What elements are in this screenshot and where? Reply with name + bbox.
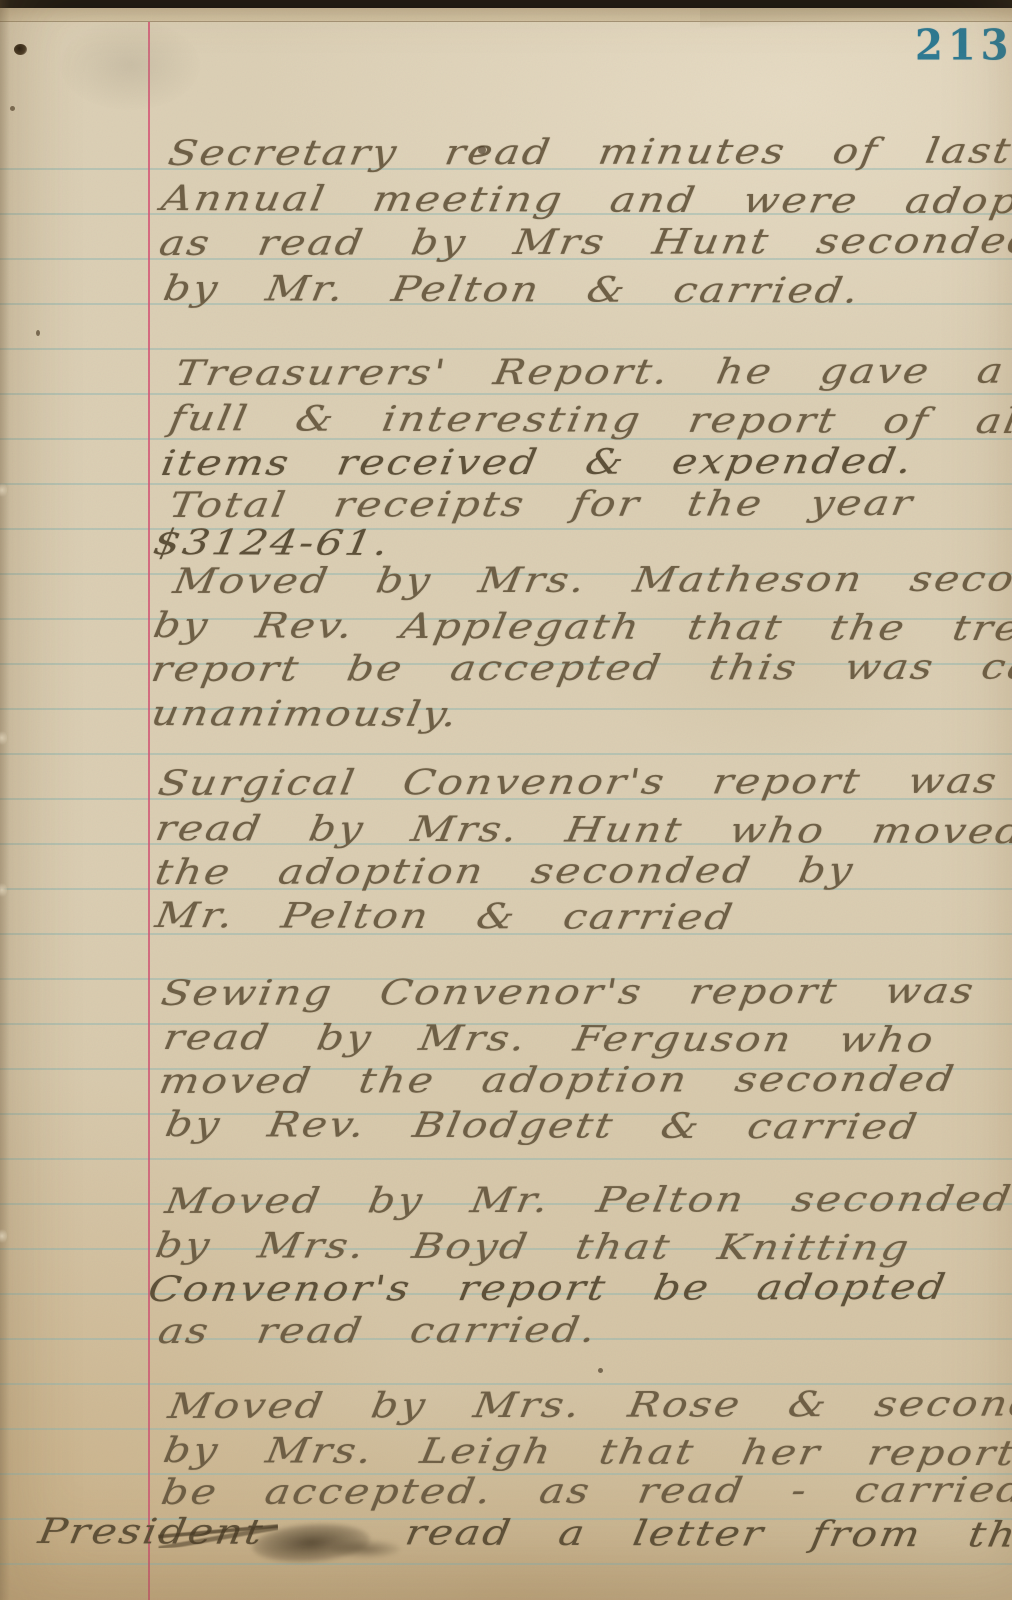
binding-edge xyxy=(0,0,1012,8)
handwritten-line: as read by Mrs Hunt seconded xyxy=(156,219,1012,266)
handwritten-line: by Rev. Blodgett & carried xyxy=(162,1103,922,1150)
handwritten-line: be accepted. as read - carried xyxy=(158,1468,1012,1515)
margin-line xyxy=(148,8,150,1600)
handwritten-line: by Mrs. Boyd that Knitting xyxy=(152,1224,914,1271)
handwritten-line: Surgical Convenor's report was xyxy=(155,760,1002,806)
handwritten-line: Convenor's report be adopted xyxy=(145,1266,951,1312)
handwritten-line: Secretary read minutes of last xyxy=(165,130,1012,176)
handwritten-line: Annual meeting and were adopted xyxy=(158,177,1012,224)
paper-stain xyxy=(60,20,200,110)
handwritten-line: by Rev. Applegath that the treasurers xyxy=(150,604,1012,652)
page-number-stamp: 213 xyxy=(915,21,1012,70)
handwritten-line: moved the adoption seconded xyxy=(156,1058,959,1104)
handwritten-line: Moved by Mrs. Matheson seconded xyxy=(170,557,1012,604)
handwritten-line: Moved by Mrs. Rose & seconded xyxy=(165,1382,1012,1429)
paper-hole xyxy=(14,44,27,55)
ink-dot xyxy=(478,146,486,154)
handwritten-line: items received & expended. xyxy=(158,440,917,486)
handwritten-line: Treasurers' Report. he gave a very xyxy=(172,349,1012,396)
handwritten-line: read by Mrs. Ferguson who xyxy=(160,1016,939,1063)
handwritten-line: unanimously. xyxy=(148,692,463,737)
handwritten-line: full & interesting report of all xyxy=(166,397,1012,444)
handwritten-line: read by Mrs. Hunt who moved xyxy=(152,807,1012,854)
handwritten-phrase: read a letter from the xyxy=(402,1513,1012,1555)
left-edge-shading xyxy=(0,0,10,1600)
handwritten-line: Moved by Mr. Pelton seconded xyxy=(162,1178,1012,1224)
handwritten-line: by Mr. Pelton & carried. xyxy=(160,267,864,314)
handwritten-line: report be accepted this was carried xyxy=(148,645,1012,692)
handwritten-line: the adoption seconded by xyxy=(152,849,858,895)
ink-dot xyxy=(598,1368,603,1373)
ink-smudge xyxy=(330,1540,400,1558)
scanned-minute-book-page: 213 Secretary read minutes of last Annua… xyxy=(0,0,1012,1600)
paper-speck xyxy=(36,330,40,336)
handwritten-line: Mr. Pelton & carried xyxy=(152,894,738,940)
handwritten-line: as read carried. xyxy=(155,1309,601,1354)
paper-speck xyxy=(10,106,15,111)
handwritten-line: Sewing Convenor's report was xyxy=(158,970,979,1016)
